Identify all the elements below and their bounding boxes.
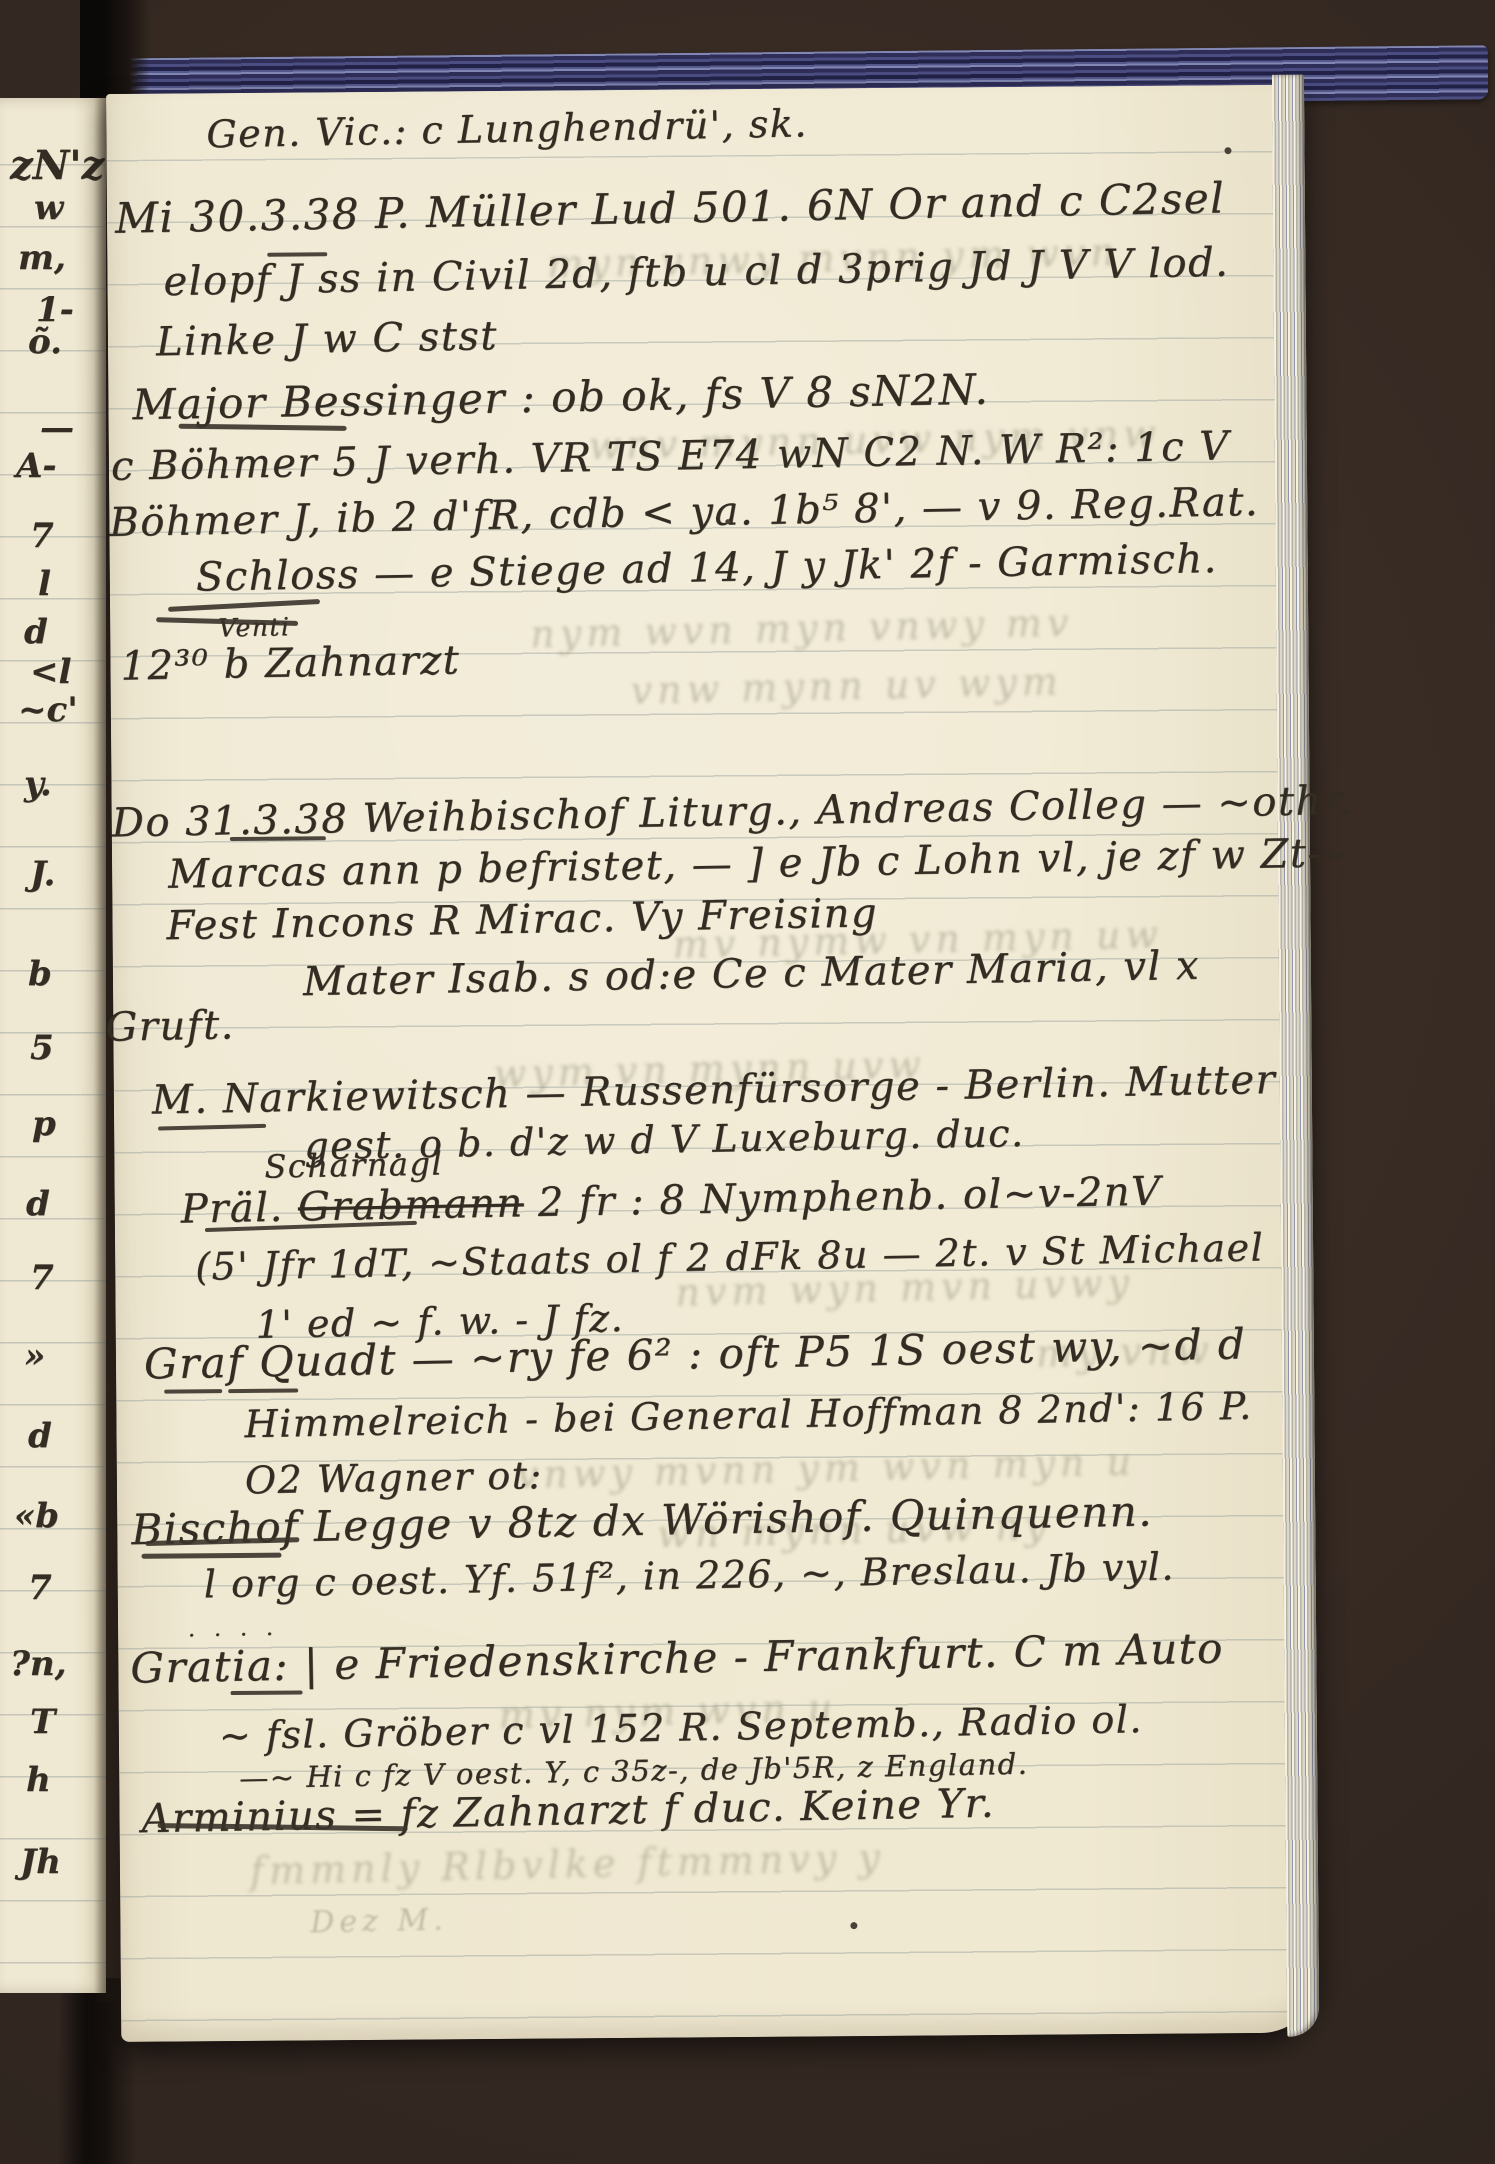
margin-stroke: l: [38, 564, 51, 604]
underline-quadt: [228, 1389, 298, 1394]
margin-stroke: b: [28, 954, 52, 994]
diary-line: Linke J w C stst: [156, 313, 499, 365]
diary-annotation-venti: Venti: [218, 612, 291, 642]
bleedthrough-text: Dez M.: [310, 1902, 448, 1940]
margin-stroke: 7: [28, 1568, 52, 1608]
margin-stroke: T: [30, 1702, 55, 1742]
margin-stroke: zN'z: [10, 142, 104, 189]
diary-insertion-scharnagl: Scharnagl: [264, 1144, 443, 1185]
underline-mueller: [267, 252, 327, 256]
margin-stroke: ?n,: [10, 1644, 66, 1684]
diary-line: Gen. Vic.: c Lunghendrü', sk.: [206, 101, 808, 156]
margin-stroke: —: [40, 408, 74, 448]
ink-dot: [725, 519, 730, 524]
diary-line-1230-zahnarzt: 12³⁰ b Zahnarzt: [120, 637, 461, 689]
margin-stroke: Jh: [20, 1842, 61, 1882]
margin-stroke: m,: [18, 238, 66, 278]
margin-stroke: h: [26, 1760, 51, 1800]
bleedthrough-text: vnw mynn uv wym: [630, 659, 1063, 712]
margin-stroke: y.: [24, 764, 52, 804]
underline-weihbischof: [230, 836, 326, 841]
scanned-notebook-photo: { "doc": { "kind": "handwritten diary pa…: [0, 0, 1495, 2164]
margin-stroke: <l: [30, 652, 71, 692]
margin-stroke: J.: [30, 854, 55, 894]
diary-line-gruft: Gruft.: [105, 1002, 235, 1050]
margin-stroke: A-: [16, 446, 57, 486]
margin-stroke: 5: [30, 1028, 54, 1068]
margin-stroke: p: [32, 1104, 56, 1144]
underline-graf: [164, 1389, 222, 1393]
margin-stroke: w: [34, 188, 63, 228]
margin-stroke: »: [24, 1336, 45, 1376]
ink-dot: [1224, 147, 1231, 154]
margin-stroke: d: [28, 1416, 52, 1456]
facing-page-edge: zN'z w m, 1- õ. — A- 7 l d <l ~c' y. J. …: [0, 98, 106, 1993]
margin-stroke: õ.: [28, 322, 62, 362]
margin-stroke: 7: [30, 516, 54, 556]
margin-stroke: «b: [14, 1496, 59, 1536]
margin-stroke: 7: [30, 1258, 54, 1298]
ink-dot: [850, 1922, 857, 1929]
margin-stroke: d: [26, 1184, 50, 1224]
diary-line: O2 Wagner ot:: [244, 1453, 543, 1502]
underline-gratia: [231, 1691, 303, 1696]
margin-stroke: d: [24, 612, 48, 652]
notebook-page: myn vnwy mvnn ym wvn wnv mynn uvw nym vn…: [106, 85, 1319, 2042]
margin-stroke: ~c': [18, 690, 78, 730]
